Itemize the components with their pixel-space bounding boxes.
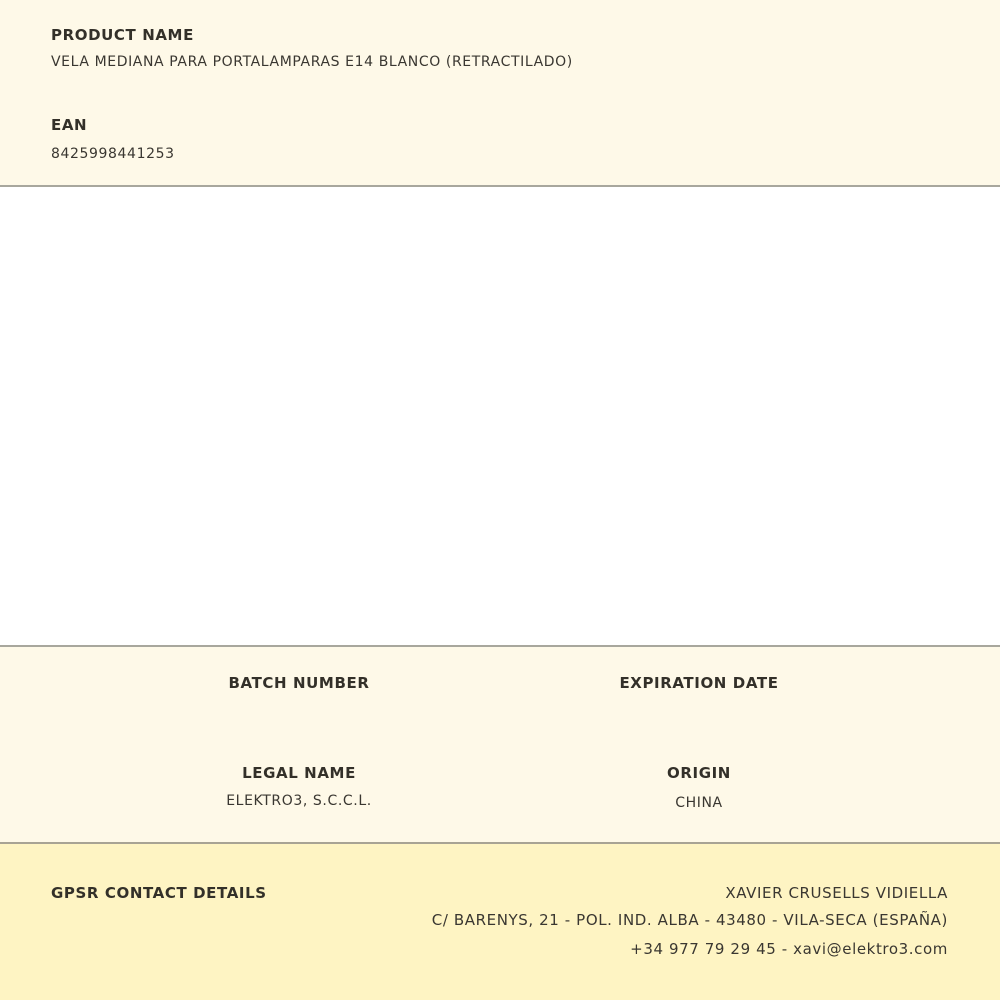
- details-section: BATCH NUMBER EXPIRATION DATE LEGAL NAME …: [0, 647, 1000, 842]
- gpsr-section: GPSR CONTACT DETAILS XAVIER CRUSELLS VID…: [0, 844, 1000, 1000]
- product-name-value: VELA MEDIANA PARA PORTALAMPARAS E14 BLAN…: [51, 54, 573, 70]
- blank-area: [0, 187, 1000, 645]
- legal-name-label: LEGAL NAME: [242, 764, 356, 782]
- gpsr-contact-name: XAVIER CRUSELLS VIDIELLA: [725, 884, 948, 902]
- gpsr-contact-label: GPSR CONTACT DETAILS: [51, 884, 267, 902]
- legal-name-value: ELEKTRO3, S.C.C.L.: [226, 793, 372, 809]
- product-info-section: PRODUCT NAME VELA MEDIANA PARA PORTALAMP…: [0, 0, 1000, 185]
- ean-value: 8425998441253: [51, 146, 175, 162]
- batch-number-label: BATCH NUMBER: [229, 674, 370, 692]
- origin-value: CHINA: [675, 795, 722, 811]
- gpsr-address: C/ BARENYS, 21 - POL. IND. ALBA - 43480 …: [432, 911, 948, 929]
- origin-label: ORIGIN: [667, 764, 731, 782]
- gpsr-phone-email: +34 977 79 29 45 - xavi@elektro3.com: [630, 940, 948, 958]
- product-name-label: PRODUCT NAME: [51, 26, 194, 44]
- expiration-date-label: EXPIRATION DATE: [619, 674, 778, 692]
- ean-label: EAN: [51, 116, 87, 134]
